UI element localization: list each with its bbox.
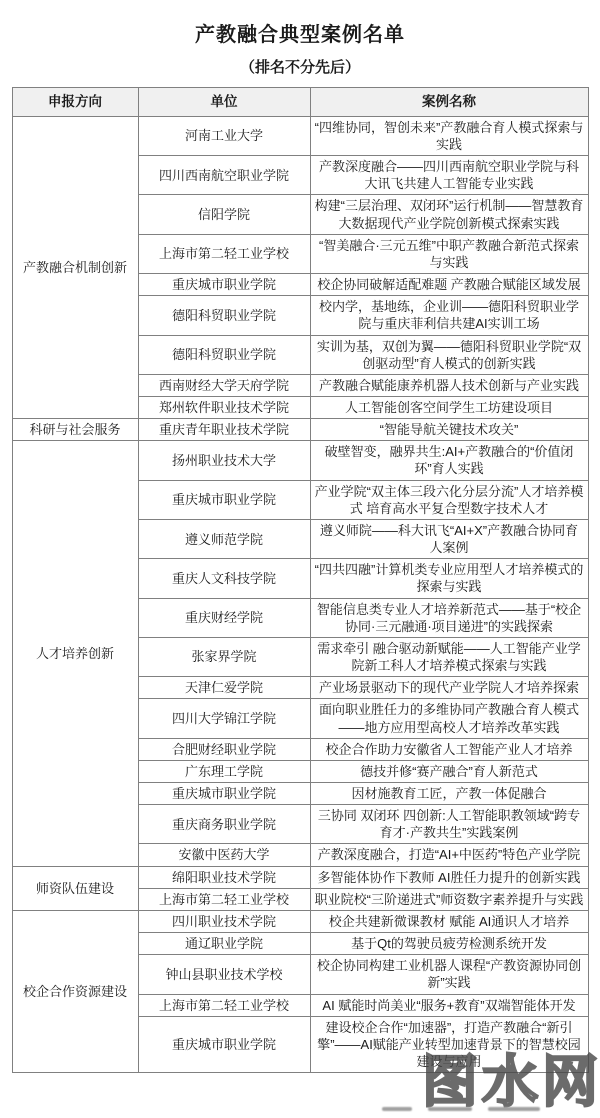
- watermark-caption-blur-2: [428, 1107, 472, 1111]
- direction-cell: 校企合作资源建设: [12, 910, 138, 1072]
- case-cell: “智美融合·三元五维”中职产教融合新范式探索与实践: [310, 234, 588, 273]
- unit-cell: 合肥财经职业学院: [138, 738, 310, 760]
- unit-cell: 重庆城市职业学院: [138, 1016, 310, 1072]
- unit-cell: 上海市第二轻工业学校: [138, 994, 310, 1016]
- case-cell: 校企共建新微课教材 赋能 AI通识人才培养: [310, 910, 588, 932]
- unit-cell: 德阳科贸职业学院: [138, 335, 310, 374]
- case-cell: 产业学院“双主体三段六化分层分流”人才培养模式 培育高水平复合型数字技术人才: [310, 480, 588, 519]
- case-cell: 构建“三层治理、双闭环”运行机制——智慧教育大数据现代产业学院创新模式探索实践: [310, 195, 588, 234]
- table-row: 人才培养创新扬州职业技术大学破壁智变，融界共生:AI+产教融合的“价值闭环”育人…: [12, 441, 588, 480]
- case-cell: “四维协同，智创未来”产教融合育人模式探索与实践: [310, 116, 588, 155]
- unit-cell: 重庆城市职业学院: [138, 274, 310, 296]
- case-cell: 因材施教育工匠，产教一体促融合: [310, 782, 588, 804]
- watermark-caption-blur-3: [488, 1107, 540, 1111]
- unit-cell: 安徽中医药大学: [138, 844, 310, 866]
- unit-cell: 钟山县职业技术学校: [138, 955, 310, 994]
- unit-cell: 重庆城市职业学院: [138, 782, 310, 804]
- case-cell: AI 赋能时尚美业“服务+教育”双端智能体开发: [310, 994, 588, 1016]
- unit-cell: 重庆财经学院: [138, 598, 310, 637]
- case-cell: 产业场景驱动下的现代产业学院人才培养探索: [310, 677, 588, 699]
- unit-cell: 广东理工学院: [138, 760, 310, 782]
- case-cell: 德技并修“赛产融合”育人新范式: [310, 760, 588, 782]
- direction-cell: 科研与社会服务: [12, 419, 138, 441]
- unit-cell: 信阳学院: [138, 195, 310, 234]
- table-row: 校企合作资源建设四川职业技术学院校企共建新微课教材 赋能 AI通识人才培养: [12, 910, 588, 932]
- unit-cell: 扬州职业技术大学: [138, 441, 310, 480]
- unit-cell: 四川大学锦江学院: [138, 699, 310, 738]
- case-cell: 实训为基，双创为翼——德阳科贸职业学院“双创驱动型”育人模式的创新实践: [310, 335, 588, 374]
- unit-cell: 上海市第二轻工业学校: [138, 888, 310, 910]
- unit-cell: 重庆青年职业技术学院: [138, 419, 310, 441]
- table-row: 师资队伍建设绵阳职业技术学院多智能体协作下教师 AI胜任力提升的创新实践: [12, 866, 588, 888]
- case-cell: 需求牵引 融合驱动新赋能——人工智能产业学院新工科人才培养模式探索与实践: [310, 637, 588, 676]
- unit-cell: 德阳科贸职业学院: [138, 296, 310, 335]
- case-cell: 多智能体协作下教师 AI胜任力提升的创新实践: [310, 866, 588, 888]
- header-row: 申报方向 单位 案例名称: [12, 88, 588, 117]
- table-body: 产教融合机制创新河南工业大学“四维协同，智创未来”产教融合育人模式探索与实践四川…: [12, 116, 588, 1072]
- unit-cell: 重庆人文科技学院: [138, 559, 310, 598]
- column-header-case: 案例名称: [310, 88, 588, 117]
- table-row: 产教融合机制创新河南工业大学“四维协同，智创未来”产教融合育人模式探索与实践: [12, 116, 588, 155]
- direction-cell: 产教融合机制创新: [12, 116, 138, 418]
- case-cell: 基于Qt的驾驶员疲劳检测系统开发: [310, 933, 588, 955]
- cases-table: 申报方向 单位 案例名称 产教融合机制创新河南工业大学“四维协同，智创未来”产教…: [12, 87, 589, 1073]
- unit-cell: 上海市第二轻工业学校: [138, 234, 310, 273]
- unit-cell: 四川西南航空职业学院: [138, 156, 310, 195]
- unit-cell: 张家界学院: [138, 637, 310, 676]
- case-cell: 产教融合赋能康养机器人技术创新与产业实践: [310, 374, 588, 396]
- unit-cell: 重庆城市职业学院: [138, 480, 310, 519]
- page: 产教融合典型案例名单 （排名不分先后） 申报方向 单位 案例名称 产教融合机制创…: [0, 0, 600, 1118]
- direction-cell: 师资队伍建设: [12, 866, 138, 910]
- case-cell: 面向职业胜任力的多维协同产教融合育人模式——地方应用型高校人才培养改革实践: [310, 699, 588, 738]
- case-cell: “四共四融”计算机类专业应用型人才培养模式的探索与实践: [310, 559, 588, 598]
- unit-cell: 河南工业大学: [138, 116, 310, 155]
- direction-cell: 人才培养创新: [12, 441, 138, 866]
- case-cell: 产教深度融合——四川西南航空职业学院与科大讯飞共建人工智能专业实践: [310, 156, 588, 195]
- case-cell: 校企合作助力安徽省人工智能产业人才培养: [310, 738, 588, 760]
- column-header-direction: 申报方向: [12, 88, 138, 117]
- case-cell: 破壁智变，融界共生:AI+产教融合的“价值闭环”育人实践: [310, 441, 588, 480]
- watermark-caption: [382, 1107, 540, 1111]
- unit-cell: 西南财经大学天府学院: [138, 374, 310, 396]
- unit-cell: 重庆商务职业学院: [138, 805, 310, 844]
- table-row: 科研与社会服务重庆青年职业技术学院“智能导航关键技术攻关”: [12, 419, 588, 441]
- case-cell: 人工智能创客空间学生工坊建设项目: [310, 397, 588, 419]
- case-cell: 校企协同构建工业机器人课程“产教资源协同创新”实践: [310, 955, 588, 994]
- case-cell: 校内学，基地练，企业训——德阳科贸职业学院与重庆菲利信共建AI实训工场: [310, 296, 588, 335]
- unit-cell: 遵义师范学院: [138, 519, 310, 558]
- page-title: 产教融合典型案例名单: [0, 18, 600, 47]
- case-cell: 校企协同破解适配难题 产教融合赋能区域发展: [310, 274, 588, 296]
- case-cell: 职业院校“三阶递进式”师资数字素养提升与实践: [310, 888, 588, 910]
- watermark-caption-blur-1: [382, 1107, 412, 1111]
- case-cell: 遵义师院——科大讯飞“AI+X”产教融合协同育人案例: [310, 519, 588, 558]
- unit-cell: 通辽职业学院: [138, 933, 310, 955]
- case-cell: “智能导航关键技术攻关”: [310, 419, 588, 441]
- case-cell: 智能信息类专业人才培养新范式——基于“校企协同·三元融通·项目递进”的实践探索: [310, 598, 588, 637]
- column-header-unit: 单位: [138, 88, 310, 117]
- unit-cell: 天津仁爱学院: [138, 677, 310, 699]
- unit-cell: 绵阳职业技术学院: [138, 866, 310, 888]
- case-cell: 三协同 双闭环 四创新:人工智能职教领域“跨专育才·产教共生”实践案例: [310, 805, 588, 844]
- unit-cell: 四川职业技术学院: [138, 910, 310, 932]
- unit-cell: 郑州软件职业技术学院: [138, 397, 310, 419]
- page-subtitle: （排名不分先后）: [0, 56, 600, 77]
- case-cell: 建设校企合作“加速器”，打造产教融合“新引擎”——AI赋能产业转型加速背景下的智…: [310, 1016, 588, 1072]
- case-cell: 产教深度融合，打造“AI+中医药”特色产业学院: [310, 844, 588, 866]
